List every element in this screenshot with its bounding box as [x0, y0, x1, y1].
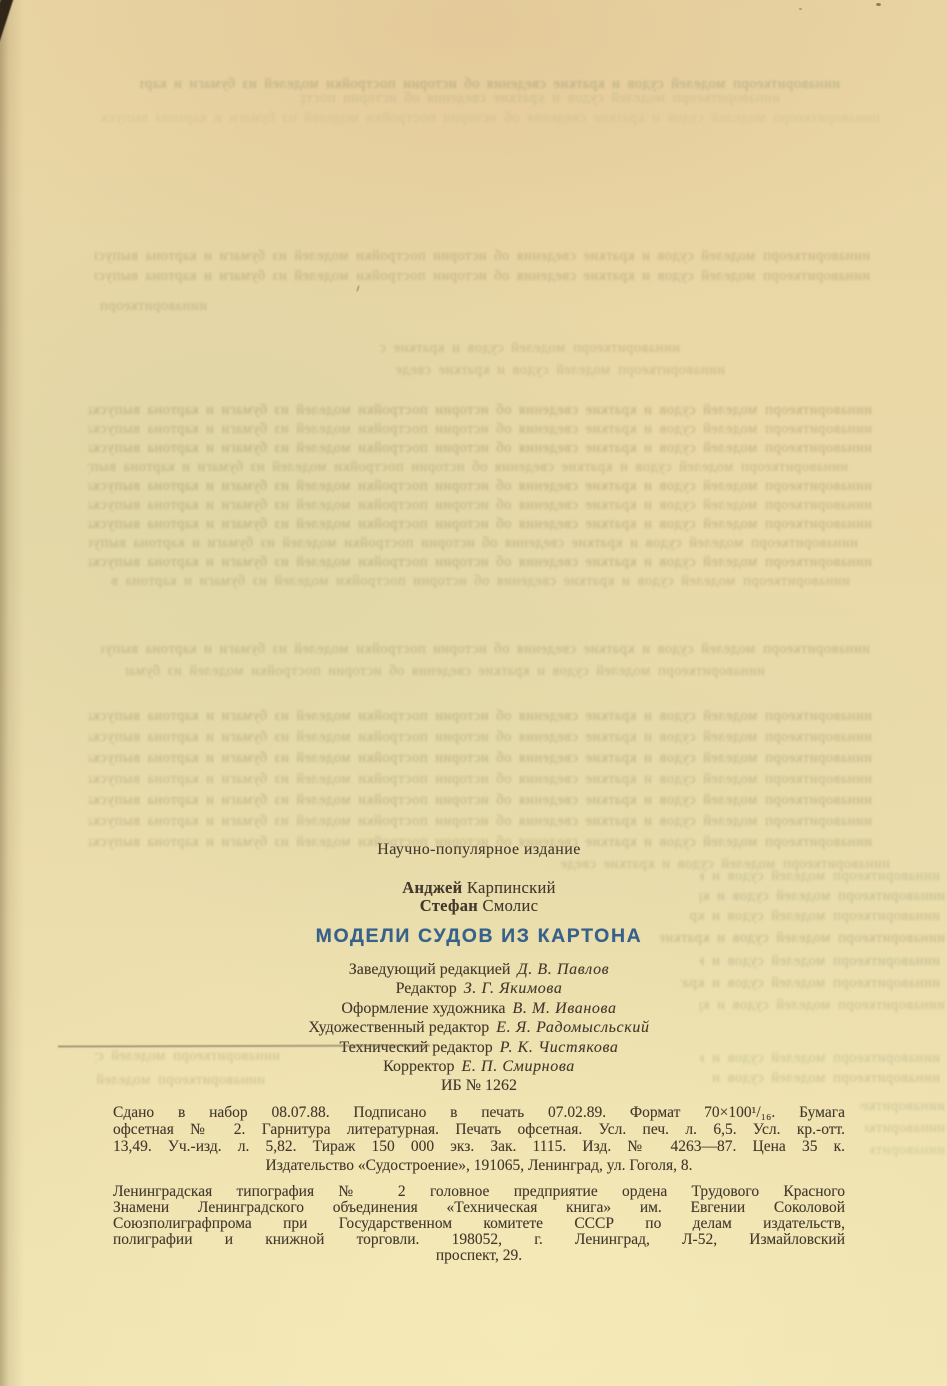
printer-line: Ленинградская типография № 2 головное пр… [113, 1184, 845, 1200]
credit-person: Е. Я. Радомысльский [496, 1019, 649, 1036]
credit-person: Д. В. Павлов [517, 961, 609, 978]
book-title: МОДЕЛИ СУДОВ ИЗ КАРТОНА [113, 925, 845, 948]
printer-line: Знамени Ленинградского объединения «Техн… [113, 1200, 845, 1216]
author-name: Стефан Смолис [113, 896, 845, 916]
credit-line: Оформление художникаВ. М. Иванова [113, 999, 845, 1018]
imprint-data-block: Сдано в набор 08.07.88. Подписано в печа… [113, 1104, 845, 1156]
bleedthrough-line: иинавориткеорп моделей судов и краткие с… [88, 440, 872, 456]
credit-person: З. Г. Якимова [464, 980, 563, 997]
bleedthrough-line: иинавориткеорп моделей судов и краткие с… [88, 497, 872, 513]
author-last-name: Смолис [483, 896, 539, 915]
credit-role: Редактор [396, 980, 457, 997]
bleedthrough-line: иинавориткеорп моделей судов и краткие с… [88, 478, 872, 494]
bleedthrough-line: иинавориткеорп моделей судов и краткие с… [88, 402, 872, 418]
credit-person: Е. П. Смирнова [461, 1058, 574, 1075]
credit-person: Р. К. Чистякова [500, 1039, 619, 1056]
bleedthrough-line: иинавориткеорп моделей судов и краткие с… [95, 268, 870, 284]
author-last-name: Карпинский [467, 878, 556, 897]
bleedthrough-line: иинавориткеорп моделей судов и краткие с… [88, 750, 872, 766]
credit-role: Оформление художника [341, 1000, 505, 1017]
edition-type-label: Научно-популярное издание [113, 841, 845, 859]
printing-house-block: Ленинградская типография № 2 головное пр… [113, 1184, 845, 1264]
bleedthrough-line: иинавориткеорп моделей судов и краткие с… [100, 110, 880, 126]
bleedthrough-line: иинавориткеорп моделей судов и краткие с… [88, 729, 872, 745]
bleedthrough-line: иинавориткеорп моделей судов и краткие с… [100, 641, 870, 657]
credit-person: В. М. Иванова [512, 1000, 616, 1017]
printer-last-line: проспект, 29. [113, 1248, 845, 1264]
bleedthrough-line: иинавориткеорп моделей судов и краткие с… [865, 1120, 945, 1136]
credit-line: Художественный редакторЕ. Я. Радомысльск… [113, 1018, 845, 1037]
bleedthrough-line: иинавориткеорп моделей судов и краткие с… [125, 663, 765, 679]
credit-line: Заведующий редакциейД. В. Павлов [113, 960, 845, 979]
bleedthrough-line: иинавориткеорп моделей судов и краткие с… [88, 516, 872, 532]
page-left-edge-shadow [0, 0, 26, 1386]
bleedthrough-line: иинавориткеорп моделей судов и краткие с… [395, 362, 725, 378]
bleedthrough-line: иинавориткеорп моделей судов и краткие с… [88, 421, 872, 437]
credit-line: Технический редакторР. К. Чистякова [113, 1038, 845, 1057]
publisher-address-line: Издательство «Судостроение», 191065, Лен… [113, 1157, 845, 1175]
credits-block: Заведующий редакциейД. В. Павлов Редакто… [113, 960, 845, 1096]
credit-role: Заведующий редакцией [349, 961, 511, 978]
bleedthrough-line: иинавориткеорп моделей судов и краткие с… [860, 1098, 945, 1114]
author-first-name: Стефан [420, 896, 478, 915]
paper-speck [356, 285, 360, 292]
bleedthrough-line: иинавориткеорп моделей судов и краткие с… [88, 554, 872, 570]
bleedthrough-line: иинавориткеорп моделей судов и краткие с… [88, 792, 872, 808]
bleedthrough-line: иинавориткеорп моделей судов и краткие с… [95, 248, 870, 264]
ib-number: ИБ № 1262 [113, 1076, 845, 1095]
credit-role: Художественный редактор [308, 1019, 489, 1036]
bleedthrough-line: иинавориткеорп моделей судов и краткие с… [88, 459, 848, 475]
bleedthrough-line: иинавориткеорп моделей судов и краткие с… [140, 76, 840, 92]
bleedthrough-line: иинавориткеорп моделей судов и краткие с… [110, 573, 850, 589]
author-first-name: Анджей [402, 878, 462, 897]
scanned-book-imprint-page: иинавориткеорп моделей судов и краткие с… [0, 0, 947, 1386]
imprint-line: 13,49. Уч.-изд. л. 5,82. Тираж 150 000 э… [113, 1138, 845, 1155]
bleedthrough-line: иинавориткеорп моделей судов и краткие с… [88, 535, 858, 551]
bleedthrough-line: иинавориткеорп моделей судов и краткие с… [88, 708, 872, 724]
author-name: Анджей Карпинский [113, 878, 845, 898]
credit-line: КорректорЕ. П. Смирнова [113, 1057, 845, 1076]
printer-line: полиграфии и книжной торговли. 198052, г… [113, 1232, 845, 1248]
imprint-line: офсетная № 2. Гарнитура литературная. Пе… [113, 1121, 845, 1138]
bleedthrough-line: иинавориткеорп моделей судов и краткие с… [88, 771, 872, 787]
bleedthrough-line: иинавориткеорп моделей судов и краткие с… [97, 298, 207, 314]
bleedthrough-line: иинавориткеорп моделей судов и краткие с… [300, 90, 780, 106]
paper-speck [876, 3, 881, 6]
bleedthrough-line: иинавориткеорп моделей судов и краткие с… [870, 1142, 945, 1158]
paper-speck [799, 8, 802, 10]
credit-line: РедакторЗ. Г. Якимова [113, 979, 845, 998]
credit-role: Технический редактор [339, 1039, 492, 1056]
bleedthrough-line: иинавориткеорп моделей судов и краткие с… [380, 340, 680, 356]
credit-role: Корректор [383, 1058, 454, 1075]
bleedthrough-line: иинавориткеорп моделей судов и краткие с… [88, 813, 872, 829]
printer-line: Союзполиграфпрома при Государственном ко… [113, 1216, 845, 1232]
imprint-line: Сдано в набор 08.07.88. Подписано в печа… [113, 1104, 845, 1121]
